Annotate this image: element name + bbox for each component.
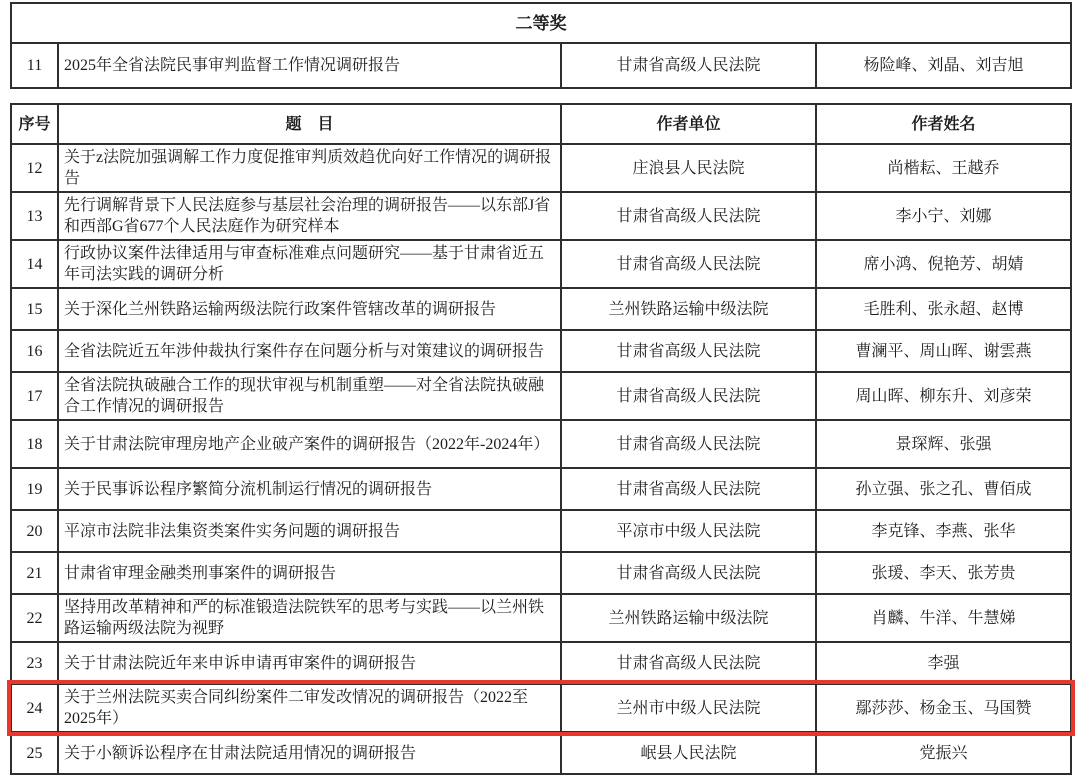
header-authors: 作者姓名 xyxy=(816,104,1071,144)
org-cell: 甘肃省高级人民法院 xyxy=(561,420,816,468)
seq-cell: 12 xyxy=(11,144,58,192)
table-row: 12 关于z法院加强调解工作力度促推审判质效趋优向好工作情况的调研报告 庄浪县人… xyxy=(11,144,1071,192)
seq-cell: 21 xyxy=(11,552,58,594)
table-row-highlighted: 24 关于兰州法院买卖合同纠纷案件二审发改情况的调研报告（2022至2025年）… xyxy=(11,684,1071,732)
authors-cell: 肖麟、牛洋、牛慧娣 xyxy=(816,594,1071,642)
header-seq: 序号 xyxy=(11,104,58,144)
title-cell: 关于小额诉讼程序在甘肃法院适用情况的调研报告 xyxy=(58,732,561,774)
seq-cell: 25 xyxy=(11,732,58,774)
seq-cell: 11 xyxy=(11,43,58,88)
table-row: 18 关于甘肃法院审理房地产企业破产案件的调研报告（2022年-2024年） 甘… xyxy=(11,420,1071,468)
authors-cell: 毛胜利、张永超、赵博 xyxy=(816,288,1071,330)
seq-cell: 22 xyxy=(11,594,58,642)
seq-cell: 24 xyxy=(11,684,58,732)
table-row: 22 坚持用改革精神和严的标准锻造法院铁军的思考与实践——以兰州铁路运输两级法院… xyxy=(11,594,1071,642)
org-cell: 甘肃省高级人民法院 xyxy=(561,192,816,240)
title-cell: 全省法院执破融合工作的现状审视与机制重塑——对全省法院执破融合工作情况的调研报告 xyxy=(58,372,561,420)
header-title: 题 目 xyxy=(58,104,561,144)
org-cell: 甘肃省高级人民法院 xyxy=(561,240,816,288)
table-row: 11 2025年全省法院民事审判监督工作情况调研报告 甘肃省高级人民法院 杨险峰… xyxy=(11,43,1071,88)
authors-cell: 周山晖、柳东升、刘彦荣 xyxy=(816,372,1071,420)
seq-cell: 17 xyxy=(11,372,58,420)
document-page: 二等奖 11 2025年全省法院民事审判监督工作情况调研报告 甘肃省高级人民法院… xyxy=(0,0,1080,782)
authors-cell: 李强 xyxy=(816,642,1071,684)
title-cell: 行政协议案件法律适用与审查标准难点问题研究——基于甘肃省近五年司法实践的调研分析 xyxy=(58,240,561,288)
main-table: 序号 题 目 作者单位 作者姓名 12 关于z法院加强调解工作力度促推审判质效趋… xyxy=(10,103,1072,775)
seq-cell: 15 xyxy=(11,288,58,330)
org-cell: 岷县人民法院 xyxy=(561,732,816,774)
org-cell: 甘肃省高级人民法院 xyxy=(561,468,816,510)
seq-cell: 16 xyxy=(11,330,58,372)
table-row: 16 全省法院近五年涉仲裁执行案件存在问题分析与对策建议的调研报告 甘肃省高级人… xyxy=(11,330,1071,372)
org-cell: 甘肃省高级人民法院 xyxy=(561,642,816,684)
org-cell: 庄浪县人民法院 xyxy=(561,144,816,192)
org-cell: 兰州铁路运输中级法院 xyxy=(561,594,816,642)
seq-cell: 14 xyxy=(11,240,58,288)
award-banner-row: 二等奖 xyxy=(11,3,1071,43)
table-row: 21 甘肃省审理金融类刑事案件的调研报告 甘肃省高级人民法院 张瑗、李天、张芳贵 xyxy=(11,552,1071,594)
title-cell: 关于民事诉讼程序繁简分流机制运行情况的调研报告 xyxy=(58,468,561,510)
award-title: 二等奖 xyxy=(11,3,1071,43)
org-cell: 兰州铁路运输中级法院 xyxy=(561,288,816,330)
seq-cell: 20 xyxy=(11,510,58,552)
seq-cell: 23 xyxy=(11,642,58,684)
header-org: 作者单位 xyxy=(561,104,816,144)
org-cell: 甘肃省高级人民法院 xyxy=(561,330,816,372)
header-row: 序号 题 目 作者单位 作者姓名 xyxy=(11,104,1071,144)
title-cell: 关于深化兰州铁路运输两级法院行政案件管辖改革的调研报告 xyxy=(58,288,561,330)
title-cell: 先行调解背景下人民法庭参与基层社会治理的调研报告——以东部J省和西部G省677个… xyxy=(58,192,561,240)
title-cell: 甘肃省审理金融类刑事案件的调研报告 xyxy=(58,552,561,594)
seq-cell: 13 xyxy=(11,192,58,240)
title-cell: 关于z法院加强调解工作力度促推审判质效趋优向好工作情况的调研报告 xyxy=(58,144,561,192)
authors-cell: 李克锋、李燕、张华 xyxy=(816,510,1071,552)
table-row: 17 全省法院执破融合工作的现状审视与机制重塑——对全省法院执破融合工作情况的调… xyxy=(11,372,1071,420)
title-cell: 关于兰州法院买卖合同纠纷案件二审发改情况的调研报告（2022至2025年） xyxy=(58,684,561,732)
title-cell: 关于甘肃法院近年来申诉申请再审案件的调研报告 xyxy=(58,642,561,684)
org-cell: 甘肃省高级人民法院 xyxy=(561,372,816,420)
title-cell: 全省法院近五年涉仲裁执行案件存在问题分析与对策建议的调研报告 xyxy=(58,330,561,372)
seq-cell: 19 xyxy=(11,468,58,510)
authors-cell: 尚楷耘、王越乔 xyxy=(816,144,1071,192)
title-cell: 坚持用改革精神和严的标准锻造法院铁军的思考与实践——以兰州铁路运输两级法院为视野 xyxy=(58,594,561,642)
table-row: 19 关于民事诉讼程序繁简分流机制运行情况的调研报告 甘肃省高级人民法院 孙立强… xyxy=(11,468,1071,510)
table-row: 14 行政协议案件法律适用与审查标准难点问题研究——基于甘肃省近五年司法实践的调… xyxy=(11,240,1071,288)
table-row: 13 先行调解背景下人民法庭参与基层社会治理的调研报告——以东部J省和西部G省6… xyxy=(11,192,1071,240)
table-row: 15 关于深化兰州铁路运输两级法院行政案件管辖改革的调研报告 兰州铁路运输中级法… xyxy=(11,288,1071,330)
title-cell: 2025年全省法院民事审判监督工作情况调研报告 xyxy=(58,43,561,88)
authors-cell: 景琛辉、张强 xyxy=(816,420,1071,468)
title-cell: 关于甘肃法院审理房地产企业破产案件的调研报告（2022年-2024年） xyxy=(58,420,561,468)
authors-cell: 孙立强、张之孔、曹佰成 xyxy=(816,468,1071,510)
org-cell: 平凉市中级人民法院 xyxy=(561,510,816,552)
seq-cell: 18 xyxy=(11,420,58,468)
award-table: 二等奖 11 2025年全省法院民事审判监督工作情况调研报告 甘肃省高级人民法院… xyxy=(10,2,1072,89)
title-cell: 平凉市法院非法集资类案件实务问题的调研报告 xyxy=(58,510,561,552)
authors-cell: 张瑗、李天、张芳贵 xyxy=(816,552,1071,594)
org-cell: 甘肃省高级人民法院 xyxy=(561,43,816,88)
table-row: 23 关于甘肃法院近年来申诉申请再审案件的调研报告 甘肃省高级人民法院 李强 xyxy=(11,642,1071,684)
authors-cell: 李小宁、刘娜 xyxy=(816,192,1071,240)
table-row: 20 平凉市法院非法集资类案件实务问题的调研报告 平凉市中级人民法院 李克锋、李… xyxy=(11,510,1071,552)
org-cell: 甘肃省高级人民法院 xyxy=(561,552,816,594)
authors-cell: 曹澜平、周山晖、谢雲燕 xyxy=(816,330,1071,372)
authors-cell: 席小鸿、倪艳芳、胡婧 xyxy=(816,240,1071,288)
authors-cell: 鄢莎莎、杨金玉、马国赞 xyxy=(816,684,1071,732)
org-cell: 兰州市中级人民法院 xyxy=(561,684,816,732)
authors-cell: 杨险峰、刘晶、刘吉旭 xyxy=(816,43,1071,88)
table-row: 25 关于小额诉讼程序在甘肃法院适用情况的调研报告 岷县人民法院 党振兴 xyxy=(11,732,1071,774)
authors-cell: 党振兴 xyxy=(816,732,1071,774)
